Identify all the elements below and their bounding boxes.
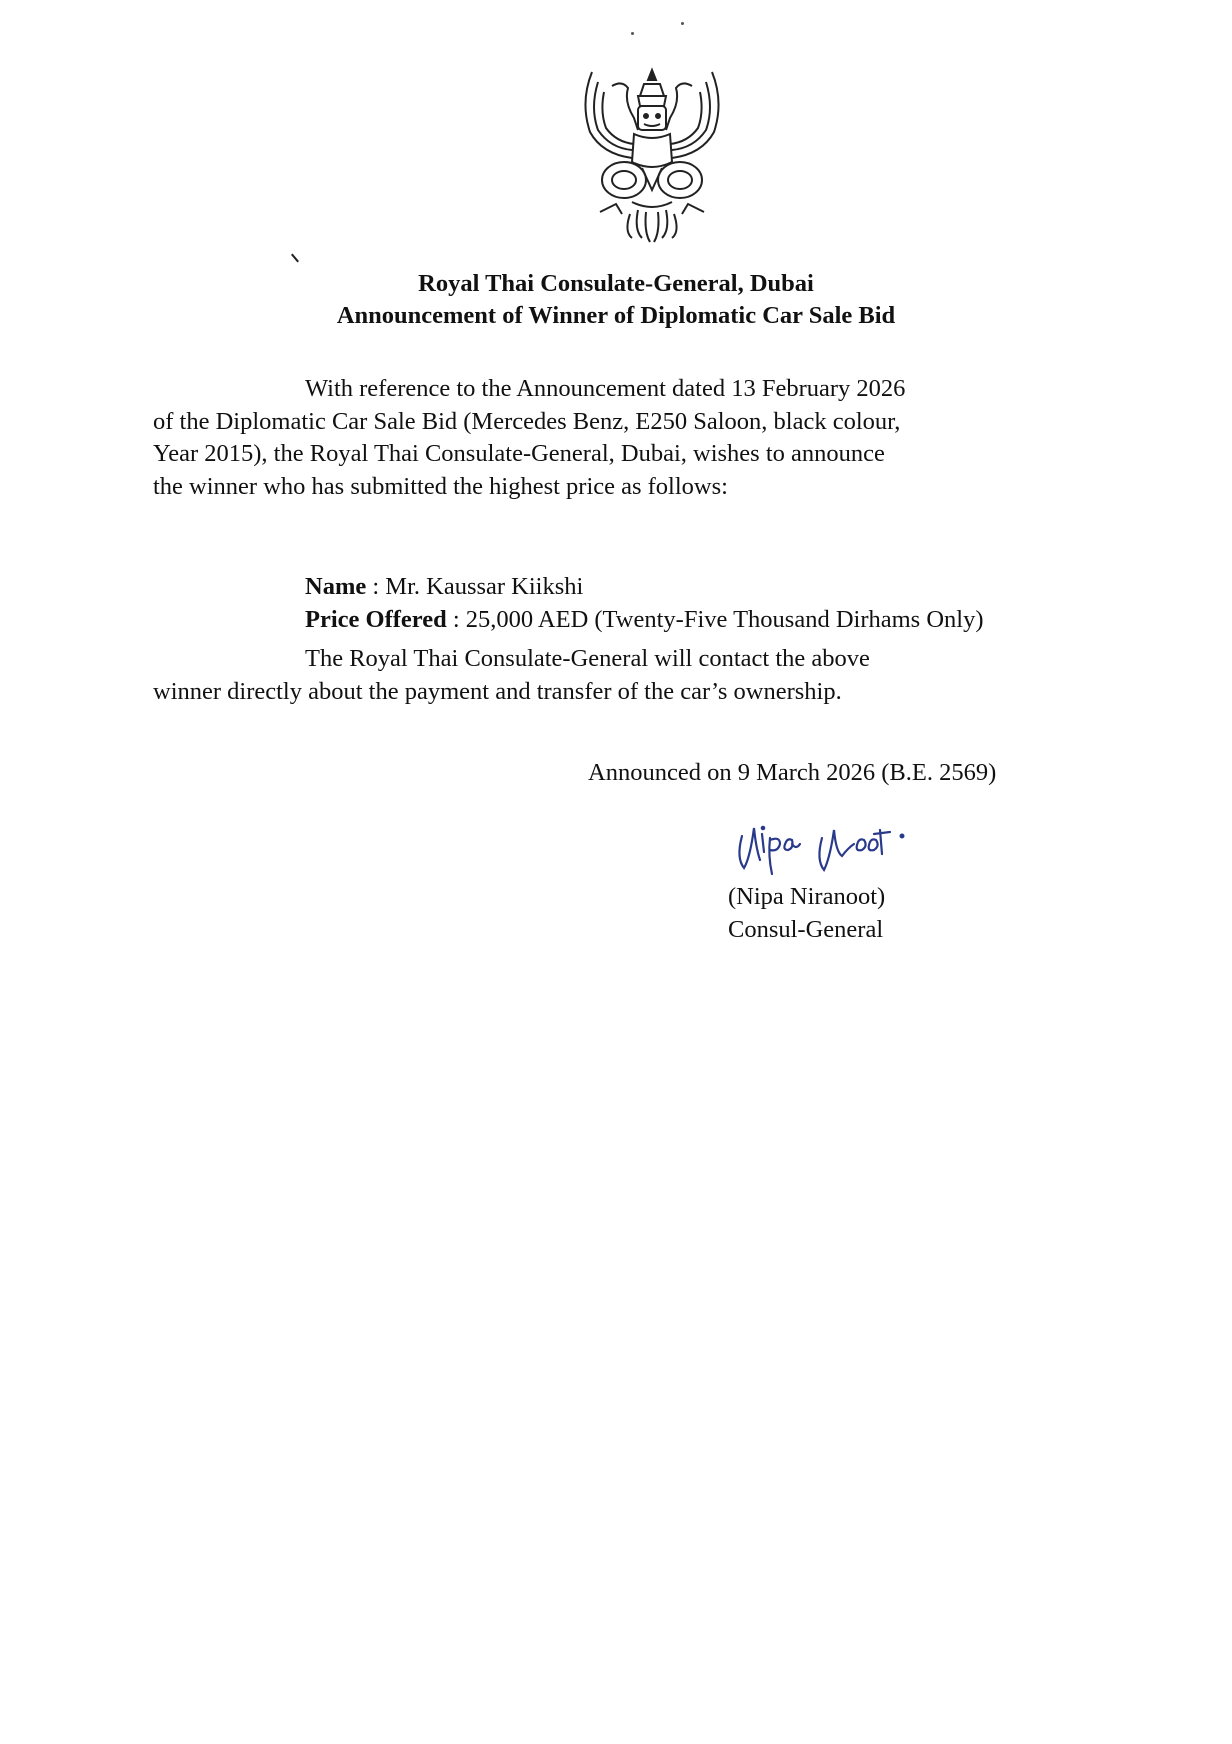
paragraph-line: the winner who has submitted the highest… bbox=[153, 471, 905, 504]
signature-icon bbox=[730, 808, 950, 878]
paragraph-line: Year 2015), the Royal Thai Consulate-Gen… bbox=[153, 438, 905, 471]
winner-details: Name : Mr. Kaussar Kiikshi Price Offered… bbox=[305, 571, 983, 636]
garuda-emblem-icon bbox=[572, 62, 732, 247]
signer-block: (Nipa Niranoot) Consul-General bbox=[728, 880, 885, 946]
paragraph-line: winner directly about the payment and tr… bbox=[153, 676, 870, 709]
signer-name: (Nipa Niranoot) bbox=[728, 880, 885, 913]
signer-title: Consul-General bbox=[728, 913, 885, 946]
name-value: : Mr. Kaussar Kiikshi bbox=[366, 573, 583, 600]
price-row: Price Offered : 25,000 AED (Twenty-Five … bbox=[305, 604, 983, 637]
heading-organization: Royal Thai Consulate-General, Dubai bbox=[0, 268, 1232, 300]
scan-speck bbox=[631, 32, 634, 35]
document-heading: Royal Thai Consulate-General, Dubai Anno… bbox=[0, 268, 1232, 332]
contact-paragraph: The Royal Thai Consulate-General will co… bbox=[153, 643, 870, 708]
paragraph-line: The Royal Thai Consulate-General will co… bbox=[153, 643, 870, 676]
scan-mark bbox=[291, 254, 299, 263]
name-label: Name bbox=[305, 573, 366, 600]
heading-title: Announcement of Winner of Diplomatic Car… bbox=[0, 300, 1232, 332]
reference-paragraph: With reference to the Announcement dated… bbox=[153, 373, 905, 503]
document-page: Royal Thai Consulate-General, Dubai Anno… bbox=[0, 0, 1232, 1744]
paragraph-line: of the Diplomatic Car Sale Bid (Mercedes… bbox=[153, 406, 905, 439]
scan-speck bbox=[681, 22, 684, 25]
announcement-date: Announced on 9 March 2026 (B.E. 2569) bbox=[588, 757, 996, 790]
price-value: : 25,000 AED (Twenty-Five Thousand Dirha… bbox=[447, 606, 984, 633]
winner-name-row: Name : Mr. Kaussar Kiikshi bbox=[305, 571, 983, 604]
price-label: Price Offered bbox=[305, 606, 447, 633]
paragraph-line: With reference to the Announcement dated… bbox=[153, 373, 905, 406]
